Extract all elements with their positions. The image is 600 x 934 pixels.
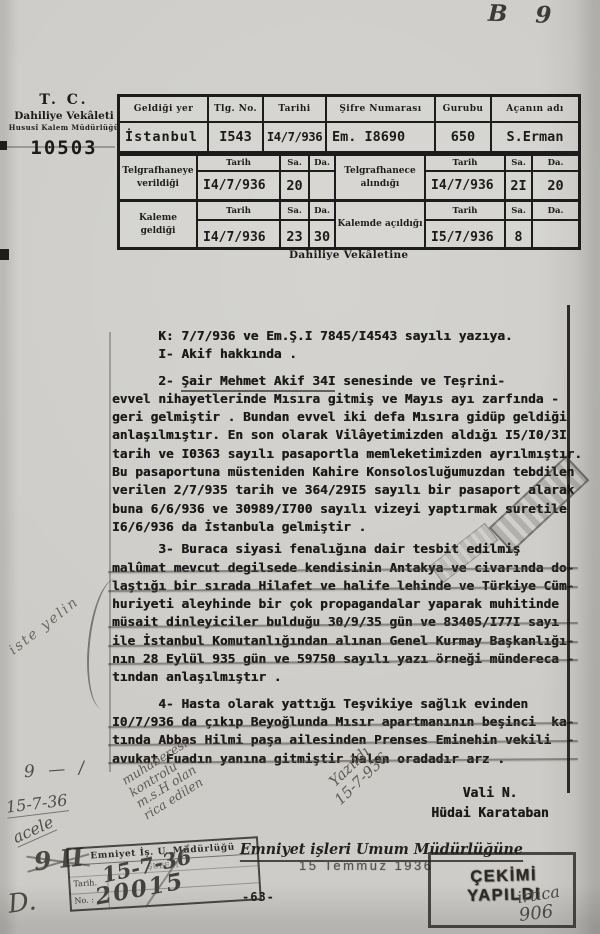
body-line: ile İstanbul Komutanlığından alınan Gene… bbox=[112, 633, 582, 651]
body-line: nın 28 Eylül 935 gün ve 59750 sayılı yaz… bbox=[112, 651, 582, 669]
scanned-telegram-document: B 9 T. C. Dahiliye Vekâleti Hususî Kalem… bbox=[0, 0, 600, 934]
value-geldigi-da: 30 bbox=[310, 221, 336, 247]
col-header-acanin-adi: Açanın adı bbox=[492, 97, 578, 123]
body-line: laştığı bir sırada Hilafet ve halife leh… bbox=[112, 578, 582, 596]
body-line-pre: 2- bbox=[112, 374, 181, 389]
telegram-header-table: Geldiği yer Tlg. No. Tarihi Şifre Numara… bbox=[117, 94, 581, 154]
handwritten-mark: 9 — / bbox=[23, 758, 89, 782]
body-line: müsait dinleyiciler bulduğu 30/9/35 gün … bbox=[112, 614, 582, 632]
value-verildigi-tarih: I4/7/936 bbox=[198, 172, 281, 202]
value-acildigi-da bbox=[533, 221, 578, 247]
body-line: I- Akif hakkında . bbox=[112, 346, 582, 364]
value-geldigi-sa: 23 bbox=[281, 221, 310, 247]
body-line: K: 7/7/936 ve Em.Ş.I 7845/I4543 sayılı y… bbox=[112, 328, 582, 346]
value-tarihi: I4/7/936 bbox=[264, 123, 327, 151]
sub-header-da: Da. bbox=[310, 156, 336, 172]
value-acildigi-tarih: I5/7/936 bbox=[426, 221, 506, 247]
sub-header-sa: Sa. bbox=[281, 202, 310, 221]
handwritten-number: 906 bbox=[518, 901, 555, 926]
letterhead-tc: T. C. bbox=[8, 92, 120, 108]
col-header-sifre-numarasi: Şifre Numarası bbox=[327, 97, 436, 123]
body-line: tından anlaşılmıştır . bbox=[112, 669, 582, 687]
body-line: tarih ve I0363 sayılı pasaportla memleke… bbox=[112, 446, 582, 464]
letterhead-ministry: Dahiliye Vekâleti bbox=[8, 110, 120, 122]
col-header-geldigi-yer: Geldiği yer bbox=[120, 97, 209, 123]
value-gurubu: 650 bbox=[436, 123, 492, 151]
letterhead-office: Hususî Kalem Müdürlüğü bbox=[8, 123, 120, 132]
value-verildigi-da bbox=[310, 172, 336, 202]
sub-header-sa: Sa. bbox=[506, 202, 533, 221]
letterhead: T. C. Dahiliye Vekâleti Hususî Kalem Müd… bbox=[8, 92, 120, 159]
body-line: 2- Şair Mehmet Akif 34I senesinde ve Teş… bbox=[112, 373, 582, 391]
body-line: huriyeti aleyhinde bir çok propagandalar… bbox=[112, 596, 582, 614]
handwritten-date-note: 15-7-36 bbox=[5, 790, 69, 818]
value-geldigi-tarih: I4/7/936 bbox=[198, 221, 281, 247]
handwritten-margin-note: iste yelin bbox=[6, 594, 82, 658]
sub-header-da: Da. bbox=[533, 156, 578, 172]
letterhead-number: 10503 bbox=[8, 137, 120, 159]
scan-fold-line bbox=[567, 305, 570, 793]
sub-header-tarih: Tarih bbox=[198, 202, 281, 221]
signature-title: Vali N. bbox=[405, 784, 575, 804]
sub-header-da: Da. bbox=[533, 202, 578, 221]
page-number: -63- bbox=[242, 890, 275, 904]
sub-header-tarih: Tarih bbox=[198, 156, 281, 172]
col-header-gurubu: Gurubu bbox=[436, 97, 492, 123]
underlined-name: Şair Mehmet Akif 34I bbox=[181, 374, 335, 392]
body-line: evvel nihayetlerinde Mısıra gitmiş ve Ma… bbox=[112, 391, 582, 409]
sub-header-tarih: Tarih bbox=[426, 202, 506, 221]
body-line: Bu pasaportuna müsteniden Kahire Konsolo… bbox=[112, 464, 582, 482]
col-header-tarihi: Tarihi bbox=[264, 97, 327, 123]
value-acanin-adi: S.Erman bbox=[492, 123, 578, 151]
value-alindigi-tarih: I4/7/936 bbox=[426, 172, 506, 202]
sub-header-tarih: Tarih bbox=[426, 156, 506, 172]
row-label-kaleme-geldigi: Kaleme geldiği bbox=[120, 202, 198, 247]
department-stamp-box: Emniyet İş. U. Müdürlüğü ŞUBE: 1 Tarih. … bbox=[66, 836, 262, 912]
value-alindigi-da: 20 bbox=[533, 172, 578, 202]
value-tlg-no: I543 bbox=[209, 123, 264, 151]
handwritten-corner-note: B 9 bbox=[488, 0, 562, 29]
signature-block: Vali N. Hüdai Karataban bbox=[405, 784, 575, 824]
handwritten-initial: D. bbox=[6, 886, 38, 920]
body-line: verilen 2/7/935 tarih ve 364/29I5 sayılı… bbox=[112, 482, 582, 500]
body-line: anlaşılmıştır. En son olarak Vilâyetimiz… bbox=[112, 427, 582, 445]
cekimi-yapildi-stamp-box: ÇEKİMİ YAPILDI irtica 906 bbox=[428, 852, 576, 928]
body-line: 4- Hasta olarak yattığı Teşvikiye sağlık… bbox=[112, 696, 582, 714]
value-sifre-numarasi: Em. I8690 bbox=[327, 123, 436, 151]
value-geldigi-yer: İstanbul bbox=[120, 123, 209, 151]
value-alindigi-sa: 2I bbox=[506, 172, 533, 202]
salutation: Dahiliye Vekâletine bbox=[289, 249, 408, 261]
body-line: malûmat mevcut degilsede kendisinin Anta… bbox=[112, 560, 582, 578]
scan-artifact bbox=[0, 249, 9, 260]
body-line: I0/7/936 da çıkıp Beyoğlunda Mısır apart… bbox=[112, 714, 582, 732]
signature-name: Hüdai Karataban bbox=[405, 804, 575, 824]
col-header-tlg-no: Tlg. No. bbox=[209, 97, 264, 123]
value-verildigi-sa: 20 bbox=[281, 172, 310, 202]
telegram-timing-table: Telgrafhaneye verildiği Tarih Sa. Da. Te… bbox=[117, 153, 581, 250]
row-label-kalemde-acildigi: Kalemde açıldığı bbox=[336, 202, 426, 247]
sub-header-sa: Sa. bbox=[506, 156, 533, 172]
sub-header-da: Da. bbox=[310, 202, 336, 221]
value-acildigi-sa: 8 bbox=[506, 221, 533, 247]
row-label-telgrafhanece-alindigi: Telgrafhanece alındığı bbox=[336, 156, 426, 202]
sub-header-sa: Sa. bbox=[281, 156, 310, 172]
body-line: geri gelmiştir . Bundan evvel iki defa M… bbox=[112, 409, 582, 427]
row-label-telgrafhaneye-verildigi: Telgrafhaneye verildiği bbox=[120, 156, 198, 202]
body-line-post: senesinde ve Teşrini- bbox=[335, 374, 505, 389]
received-date-stamp: 15 Temmuz 1936 bbox=[299, 858, 434, 873]
